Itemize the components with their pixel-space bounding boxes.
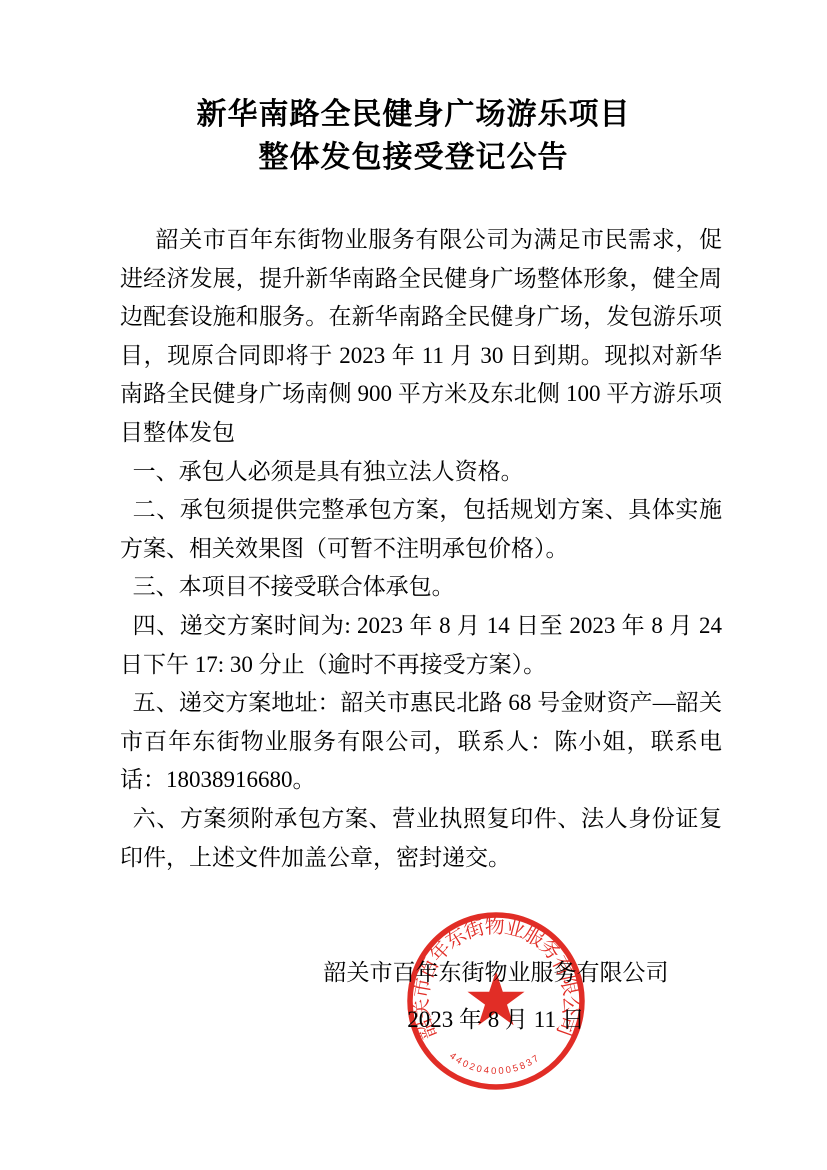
document-body: 韶关市百年东街物业服务有限公司为满足市民需求，促进经济发展，提升新华南路全民健身… [120,221,722,877]
signature-company: 韶关市百年东街物业服务有限公司 [290,951,702,995]
list-item-2: 二、承包须提供完整承包方案，包括规划方案、具体实施方案、相关效果图（可暂不注明承… [120,491,722,568]
title-line-1: 新华南路全民健身广场游乐项目 [0,93,827,136]
signature-block: 韶关市百年东街物业服务有限公司 2023 年 8 月 11 日 [290,951,702,1045]
list-item-5: 五、递交方案地址：韶关市惠民北路 68 号金财资产—韶关市百年东街物业服务有限公… [120,684,722,800]
title-line-2: 整体发包接受登记公告 [0,136,827,179]
svg-text:4402040005837: 4402040005837 [447,1051,542,1077]
list-item-3: 三、本项目不接受联合体承包。 [120,568,722,607]
intro-paragraph: 韶关市百年东街物业服务有限公司为满足市民需求，促进经济发展，提升新华南路全民健身… [120,221,722,453]
list-item-4: 四、递交方案时间为: 2023 年 8 月 14 日至 2023 年 8 月 2… [120,607,722,684]
list-item-6: 六、方案须附承包方案、营业执照复印件、法人身份证复印件，上述文件加盖公章，密封递… [120,800,722,877]
list-item-1: 一、承包人必须是具有独立法人资格。 [120,453,722,492]
document-page: 新华南路全民健身广场游乐项目 整体发包接受登记公告 韶关市百年东街物业服务有限公… [0,0,827,1170]
document-title: 新华南路全民健身广场游乐项目 整体发包接受登记公告 [0,93,827,179]
seal-serial-number: 4402040005837 [447,1051,542,1077]
signature-date: 2023 年 8 月 11 日 [290,995,702,1045]
